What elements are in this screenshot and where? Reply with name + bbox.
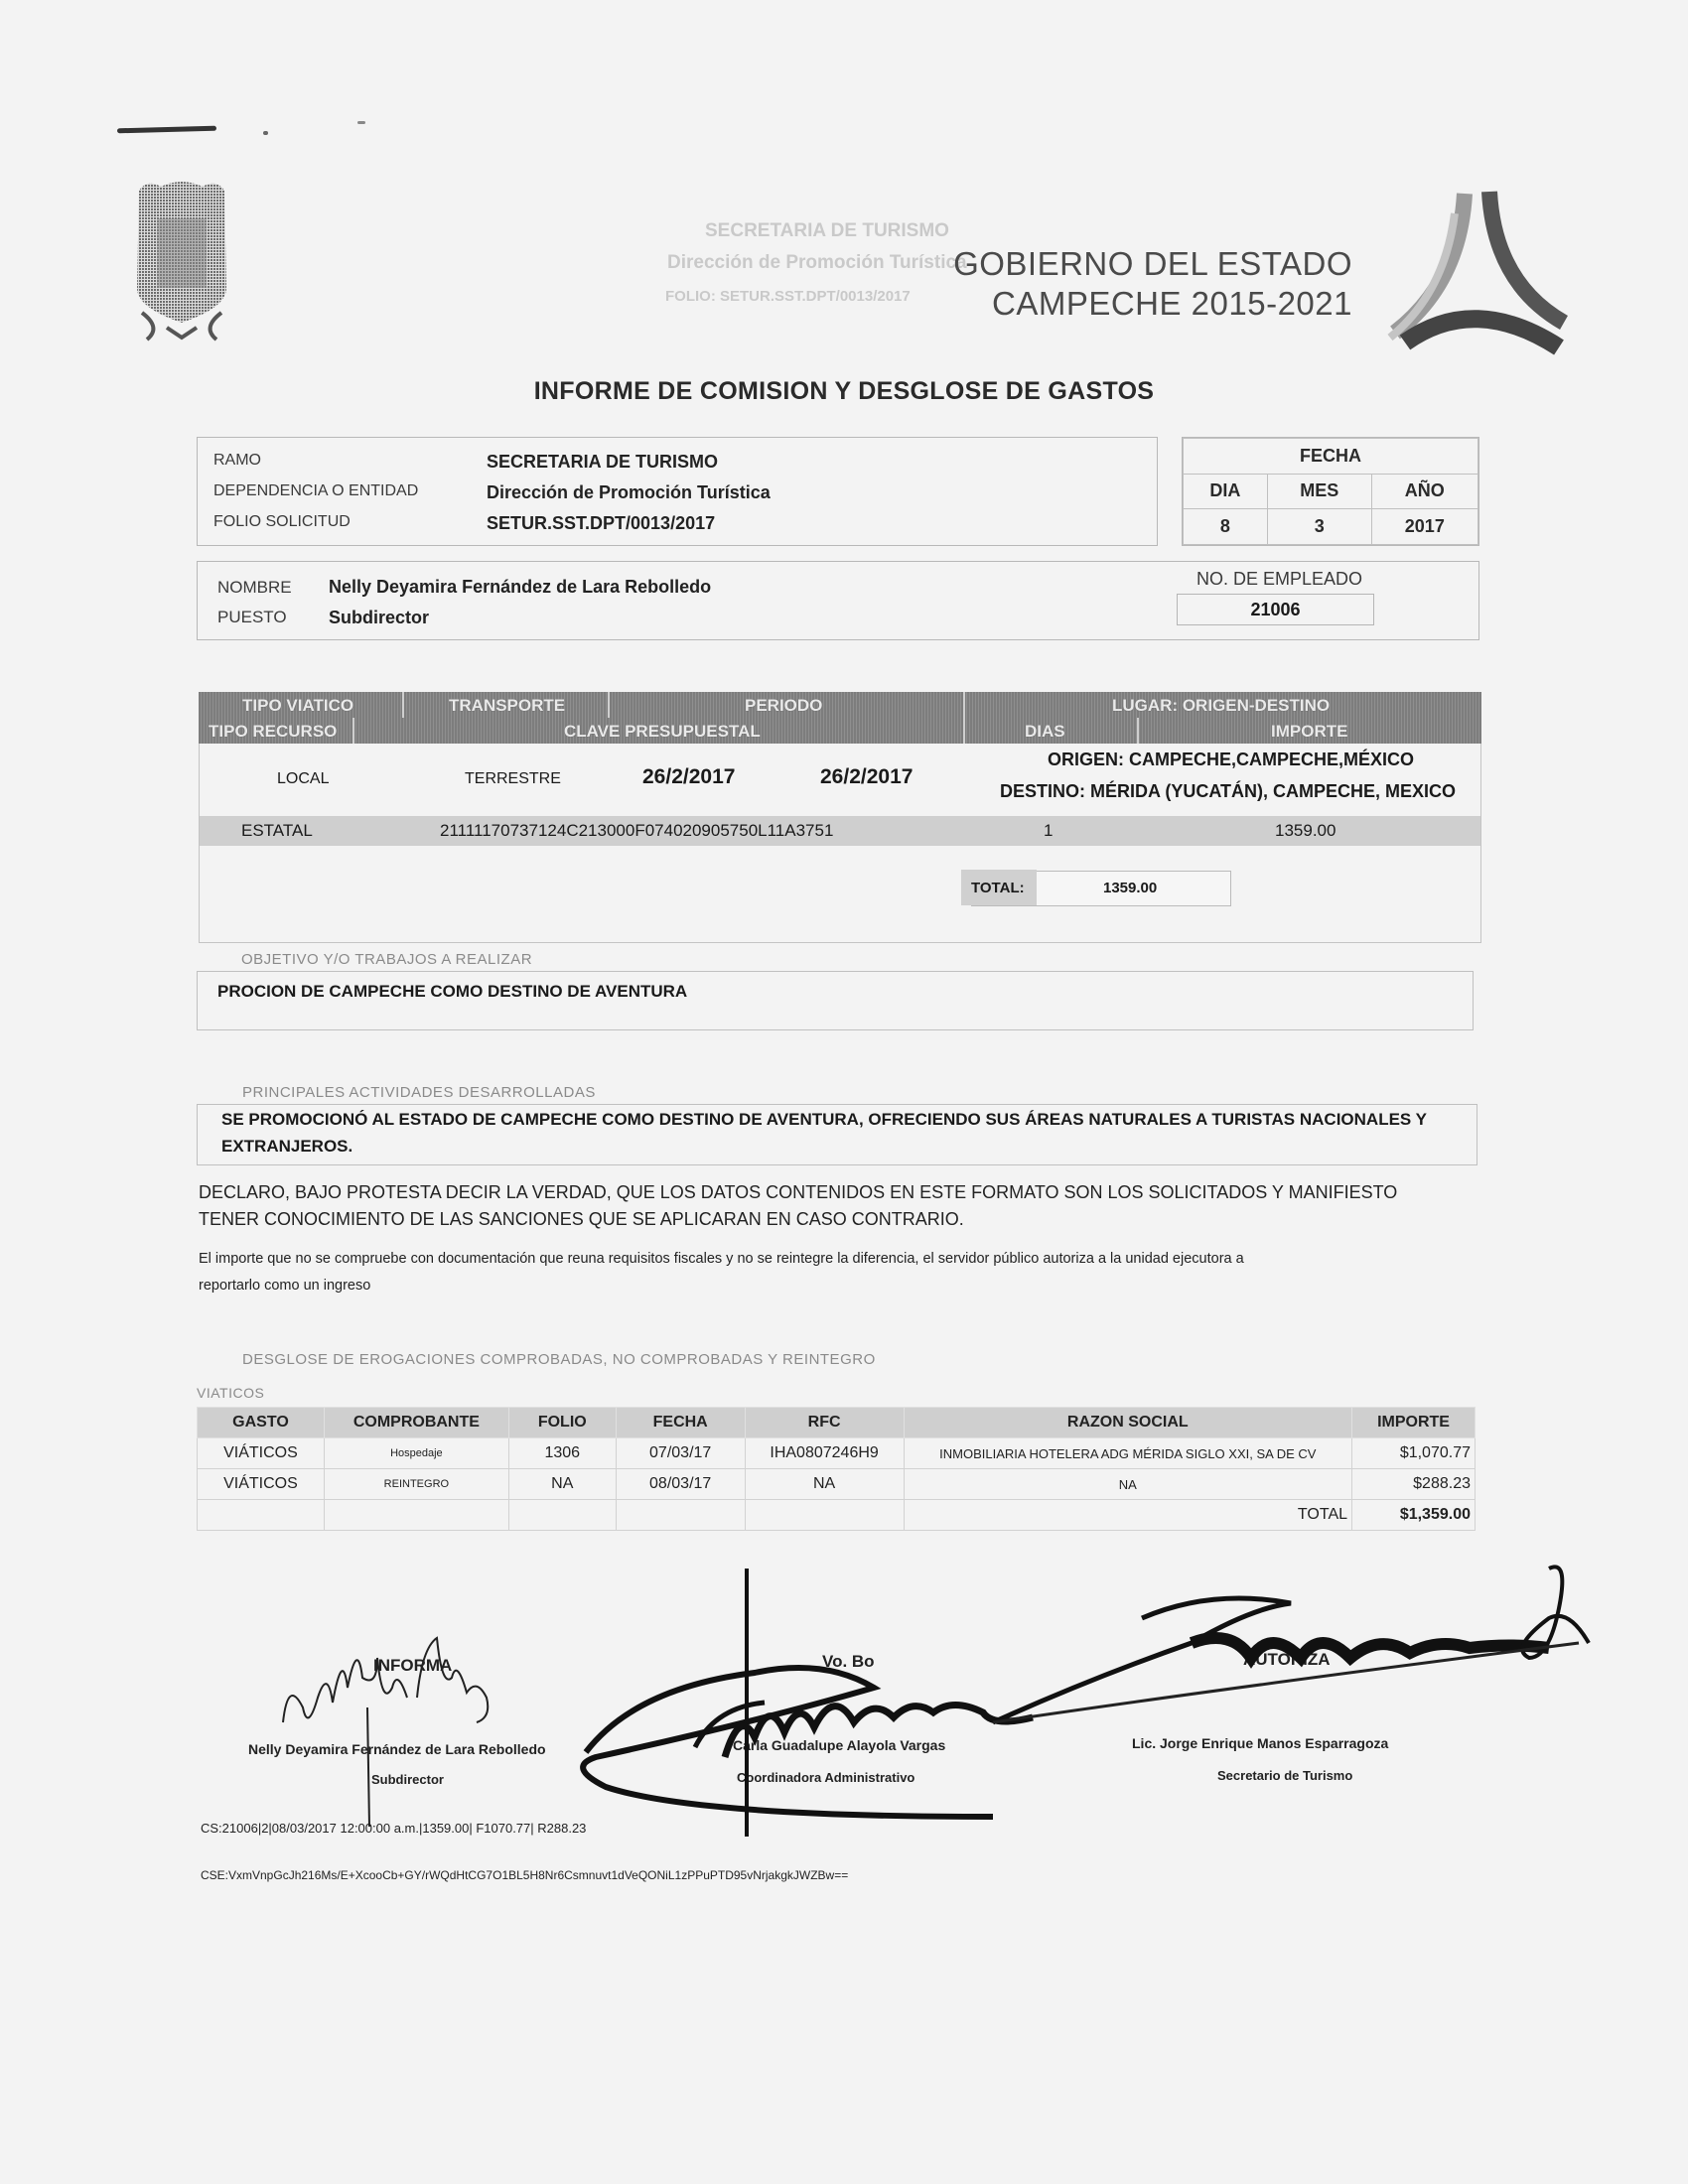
objetivo-box: PROCION DE CAMPECHE COMO DESTINO DE AVEN…	[197, 971, 1474, 1030]
cadena-cse: CSE:VxmVnpGcJh216Ms/E+XcooCb+GY/rWQdHtCG…	[201, 1868, 848, 1882]
anio-label: AÑO	[1371, 474, 1477, 509]
importe-note-line2: reportarlo como un ingreso	[199, 1273, 1479, 1299]
campeche-coat-of-arms-icon	[127, 179, 236, 342]
tipo-viatico-value: LOCAL	[277, 770, 329, 788]
header-transporte: TRANSPORTE	[449, 696, 565, 716]
objetivo-text: PROCION DE CAMPECHE COMO DESTINO DE AVEN…	[217, 982, 687, 1002]
puesto-value: Subdirector	[329, 608, 429, 628]
importe-cell: $288.23	[1352, 1469, 1476, 1500]
table-row: VIÁTICOS Hospedaje 1306 07/03/17 IHA0807…	[198, 1438, 1476, 1469]
rfc-cell: IHA0807246H9	[745, 1438, 904, 1469]
dia-label: DIA	[1184, 474, 1268, 509]
viatico-table: TIPO VIATICO TRANSPORTE PERIODO LUGAR: O…	[199, 692, 1481, 943]
destino-value: DESTINO: MÉRIDA (YUCATÁN), CAMPECHE, MEX…	[1000, 781, 1456, 802]
table-row: VIÁTICOS REINTEGRO NA 08/03/17 NA NA $28…	[198, 1469, 1476, 1500]
tipo-recurso-value: ESTATAL	[241, 821, 313, 841]
anio-value: 2017	[1371, 509, 1477, 545]
header-dias: DIAS	[1025, 722, 1065, 742]
numero-empleado-label: NO. DE EMPLEADO	[1196, 569, 1362, 590]
total-label: TOTAL:	[971, 880, 1025, 896]
informa-role: Subdirector	[371, 1772, 444, 1787]
ramo-value: SECRETARIA DE TURISMO	[487, 452, 718, 473]
importe-note-line1: El importe que no se compruebe con docum…	[199, 1246, 1479, 1273]
ghost-text: Dirección de Promoción Turística	[667, 252, 967, 274]
total-value: 1359.00	[1103, 880, 1157, 896]
puesto-label: PUESTO	[217, 608, 287, 627]
actividades-line1: SE PROMOCIONÓ AL ESTADO DE CAMPECHE COMO…	[221, 1110, 1427, 1130]
cadena-cs: CS:21006|2|08/03/2017 12:00:00 a.m.|1359…	[201, 1821, 586, 1836]
viatico-header-row1: TIPO VIATICO TRANSPORTE PERIODO LUGAR: O…	[199, 692, 1481, 718]
ghost-text: FOLIO: SETUR.SST.DPT/0013/2017	[665, 288, 911, 305]
periodo-fin-value: 26/2/2017	[820, 765, 913, 789]
importe-cell: $1,070.77	[1352, 1438, 1476, 1469]
fecha-cell: 07/03/17	[616, 1438, 745, 1469]
estatal-row: ESTATAL 21111170737124C213000F0740209057…	[200, 816, 1480, 846]
folio-label: FOLIO SOLICITUD	[213, 513, 351, 530]
nombre-value: Nelly Deyamira Fernández de Lara Rebolle…	[329, 577, 711, 598]
nombre-label: NOMBRE	[217, 578, 292, 598]
col-fecha: FECHA	[616, 1408, 745, 1438]
actividades-line2: EXTRANJEROS.	[221, 1137, 352, 1157]
desglose-subtitle: VIATICOS	[197, 1385, 264, 1401]
fecha-section: FECHA DIA MES AÑO 8 3 2017	[1182, 437, 1479, 546]
viatico-header-row2: TIPO RECURSO CLAVE PRESUPUESTAL DIAS IMP…	[199, 718, 1481, 744]
header-importe: IMPORTE	[1271, 722, 1347, 742]
desglose-header-row: GASTO COMPROBANTE FOLIO FECHA RFC RAZON …	[198, 1408, 1476, 1438]
government-title-line2: CAMPECHE 2015-2021	[953, 284, 1352, 324]
government-title-line1: GOBIERNO DEL ESTADO	[953, 244, 1352, 284]
col-importe: IMPORTE	[1352, 1408, 1476, 1438]
header-clave: CLAVE PRESUPUESTAL	[564, 722, 761, 742]
government-title: GOBIERNO DEL ESTADO CAMPECHE 2015-2021	[953, 244, 1352, 324]
dias-value: 1	[1044, 821, 1053, 841]
transporte-value: TERRESTRE	[465, 770, 561, 788]
declaracion: DECLARO, BAJO PROTESTA DECIR LA VERDAD, …	[199, 1179, 1479, 1233]
header-tipo-recurso: TIPO RECURSO	[209, 722, 337, 742]
header-periodo: PERIODO	[745, 696, 822, 716]
pen-mark	[117, 126, 216, 134]
vobo-name: Carla Guadalupe Alayola Vargas	[733, 1737, 945, 1753]
origen-value: ORIGEN: CAMPECHE,CAMPECHE,MÉXICO	[1048, 750, 1414, 770]
gobierno-campeche-logo-icon	[1385, 174, 1584, 357]
ramo-row: RAMO SECRETARIA DE TURISMO	[213, 452, 261, 470]
declaracion-line2: TENER CONOCIMIENTO DE LAS SANCIONES QUE …	[199, 1206, 1479, 1233]
ramo-section: RAMO SECRETARIA DE TURISMO DEPENDENCIA O…	[197, 437, 1158, 546]
autoriza-label: AUTORIZA	[1243, 1650, 1331, 1670]
comprobante-cell: REINTEGRO	[324, 1469, 508, 1500]
importe-note: El importe que no se compruebe con docum…	[199, 1246, 1479, 1299]
handwritten-signatures-icon	[0, 1549, 1688, 1846]
scan-speck	[263, 131, 268, 135]
header-tipo-viatico: TIPO VIATICO	[242, 696, 353, 716]
clave-presupuestal-value: 21111170737124C213000F074020905750L11A37…	[440, 821, 833, 841]
header-lugar: LUGAR: ORIGEN-DESTINO	[1112, 696, 1330, 716]
actividades-label: PRINCIPALES ACTIVIDADES DESARROLLADAS	[242, 1084, 596, 1101]
mes-value: 3	[1267, 509, 1371, 545]
vobo-label: Vo. Bo	[822, 1652, 875, 1672]
col-comprobante: COMPROBANTE	[324, 1408, 508, 1438]
objetivo-label: OBJETIVO Y/O TRABAJOS A REALIZAR	[241, 951, 532, 968]
numero-empleado-value: 21006	[1177, 594, 1374, 625]
vobo-role: Coordinadora Administrativo	[737, 1770, 914, 1785]
fecha-cell: 08/03/17	[616, 1469, 745, 1500]
dependencia-label: DEPENDENCIA O ENTIDAD	[213, 482, 418, 499]
ghost-text: SECRETARIA DE TURISMO	[705, 220, 949, 242]
desglose-total-label: TOTAL	[904, 1500, 1351, 1531]
col-gasto: GASTO	[198, 1408, 325, 1438]
dependencia-row: DEPENDENCIA O ENTIDAD Dirección de Promo…	[213, 482, 418, 500]
document-title: INFORME DE COMISION Y DESGLOSE DE GASTOS	[0, 377, 1688, 406]
dia-value: 8	[1184, 509, 1268, 545]
comprobante-cell: Hospedaje	[324, 1438, 508, 1469]
total-row: TOTAL $1,359.00	[198, 1500, 1476, 1531]
actividades-box: SE PROMOCIONÓ AL ESTADO DE CAMPECHE COMO…	[197, 1104, 1477, 1165]
declaracion-line1: DECLARO, BAJO PROTESTA DECIR LA VERDAD, …	[199, 1179, 1479, 1206]
fecha-label: FECHA	[1184, 439, 1478, 475]
dependencia-value: Dirección de Promoción Turística	[487, 482, 771, 503]
folio-value: SETUR.SST.DPT/0013/2017	[487, 513, 715, 534]
col-razon-social: RAZON SOCIAL	[904, 1408, 1351, 1438]
informa-label: INFORMA	[373, 1656, 452, 1676]
folio-cell: 1306	[508, 1438, 616, 1469]
ramo-label: RAMO	[213, 452, 261, 469]
scan-speck	[357, 121, 365, 124]
folio-cell: NA	[508, 1469, 616, 1500]
autoriza-name: Lic. Jorge Enrique Manos Esparragoza	[1132, 1735, 1388, 1751]
desglose-table: GASTO COMPROBANTE FOLIO FECHA RFC RAZON …	[197, 1407, 1476, 1531]
periodo-inicio-value: 26/2/2017	[642, 765, 735, 789]
desglose-title: DESGLOSE DE EROGACIONES COMPROBADAS, NO …	[242, 1351, 876, 1368]
autoriza-role: Secretario de Turismo	[1217, 1768, 1352, 1783]
importe-value: 1359.00	[1275, 821, 1336, 841]
razon-social-cell: NA	[904, 1469, 1351, 1500]
col-folio: FOLIO	[508, 1408, 616, 1438]
desglose-total-value: $1,359.00	[1352, 1500, 1476, 1531]
razon-social-cell: INMOBILIARIA HOTELERA ADG MÉRIDA SIGLO X…	[904, 1438, 1351, 1469]
informa-name: Nelly Deyamira Fernández de Lara Rebolle…	[248, 1741, 546, 1757]
gasto-cell: VIÁTICOS	[198, 1469, 325, 1500]
rfc-cell: NA	[745, 1469, 904, 1500]
folio-row: FOLIO SOLICITUD SETUR.SST.DPT/0013/2017	[213, 513, 351, 531]
col-rfc: RFC	[745, 1408, 904, 1438]
gasto-cell: VIÁTICOS	[198, 1438, 325, 1469]
viatico-body: LOCAL TERRESTRE 26/2/2017 26/2/2017 ORIG…	[199, 744, 1481, 943]
mes-label: MES	[1267, 474, 1371, 509]
